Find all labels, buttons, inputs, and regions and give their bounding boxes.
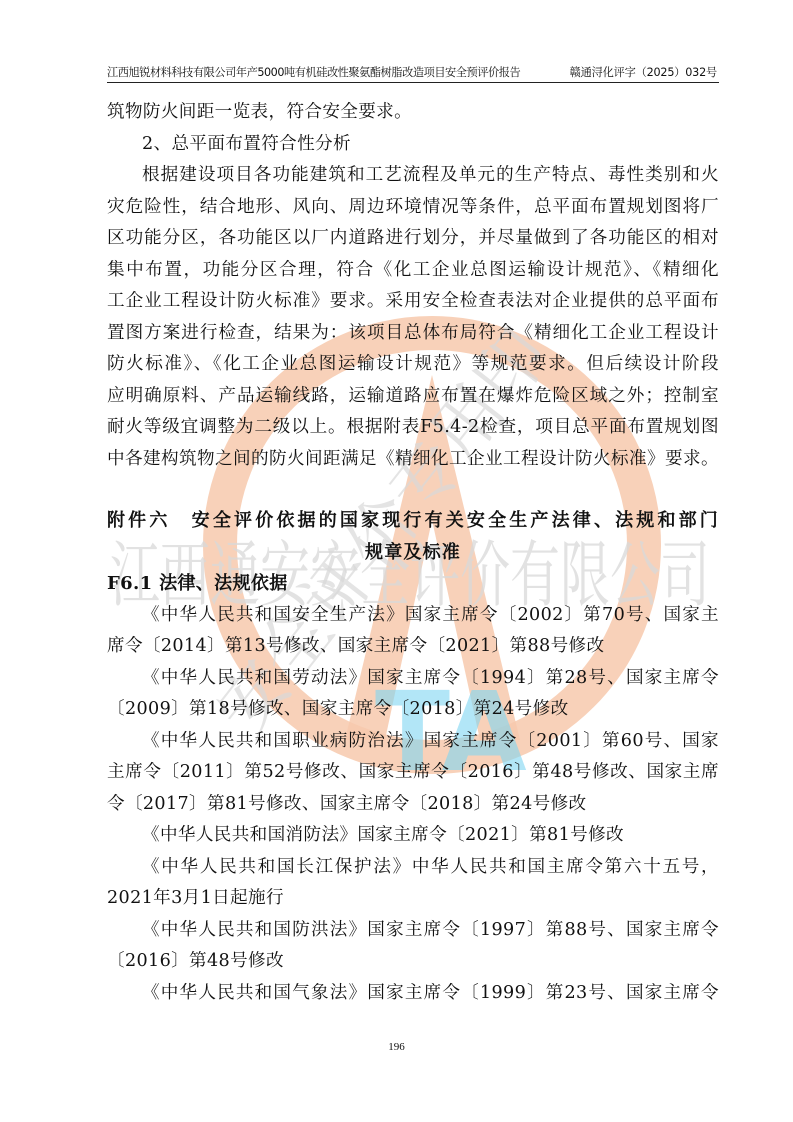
page-number: 196	[0, 1041, 793, 1053]
law-line: 令〔2017〕第81号修改、国家主席令〔2018〕第24号修改	[107, 789, 719, 821]
page-header: 江西旭锐材料科技有限公司年产5000吨有机硅改性聚氨酯树脂改造项目安全预评价报告…	[107, 64, 719, 83]
law-line: 《中华人民共和国消防法》国家主席令〔2021〕第81号修改	[107, 820, 719, 852]
section-heading: F6.1 法律、法规依据	[107, 568, 719, 600]
paragraph-line: 灾危险性，结合地形、风向、周边环境情况等条件，总平面布置规划图将厂	[107, 192, 719, 224]
law-list: 《中华人民共和国安全生产法》国家主席令〔2002〕第70号、国家主 席令〔201…	[107, 600, 719, 1010]
paragraph-line: 集中布置，功能分区合理，符合《化工企业总图运输设计规范》、《精细化	[107, 255, 719, 287]
subheading: 2、总平面布置符合性分析	[107, 129, 719, 161]
law-line: 主席令〔2011〕第52号修改、国家主席令〔2016〕第48号修改、国家主席	[107, 757, 719, 789]
law-line: 《中华人民共和国气象法》国家主席令〔1999〕第23号、国家主席令	[107, 978, 719, 1010]
law-item: 《中华人民共和国劳动法》国家主席令〔1994〕第28号、国家主席令 〔2009〕…	[107, 663, 719, 726]
law-line: 《中华人民共和国安全生产法》国家主席令〔2002〕第70号、国家主	[107, 600, 719, 632]
law-item: 《中华人民共和国气象法》国家主席令〔1999〕第23号、国家主席令	[107, 978, 719, 1010]
appendix-title-continued: 规章及标准	[107, 537, 719, 569]
law-item: 《中华人民共和国安全生产法》国家主席令〔2002〕第70号、国家主 席令〔201…	[107, 600, 719, 663]
paragraph-line: 工企业工程设计防火标准》要求。采用安全检查表法对企业提供的总平面布	[107, 286, 719, 318]
document-page: 江西通安安全评价有限公司 安全评价专用印 TA 江西旭锐材料科技有限公司年产50…	[0, 0, 793, 1122]
paragraph-line: 筑物防火间距一览表，符合安全要求。	[107, 97, 719, 129]
spacer	[107, 475, 719, 505]
law-line: 《中华人民共和国长江保护法》中华人民共和国主席令第六十五号，	[107, 852, 719, 884]
paragraph-line: 区功能分区，各功能区以厂内道路进行划分，并尽量做到了各功能区的相对	[107, 223, 719, 255]
paragraph-layout-analysis: 根据建设项目各功能建筑和工艺流程及单元的生产特点、毒性类别和火 灾危险性，结合地…	[107, 160, 719, 475]
page-content: 筑物防火间距一览表，符合安全要求。 2、总平面布置符合性分析 根据建设项目各功能…	[107, 97, 719, 1009]
report-title: 江西旭锐材料科技有限公司年产5000吨有机硅改性聚氨酯树脂改造项目安全预评价报告	[107, 64, 520, 82]
law-line: 〔2009〕第18号修改、国家主席令〔2018〕第24号修改	[107, 694, 719, 726]
paragraph-line: 防火标准》、《化工企业总图运输设计规范》等规范要求。但后续设计阶段	[107, 349, 719, 381]
paragraph-line: 耐火等级宜调整为二级以上。根据附表F5.4-2检查，项目总平面布置规划图	[107, 412, 719, 444]
paragraph-line: 应明确原料、产品运输线路，运输道路应布置在爆炸危险区域之外；控制室	[107, 381, 719, 413]
law-line: 《中华人民共和国劳动法》国家主席令〔1994〕第28号、国家主席令	[107, 663, 719, 695]
law-line: 2021年3月1日起施行	[107, 883, 719, 915]
law-item: 《中华人民共和国消防法》国家主席令〔2021〕第81号修改	[107, 820, 719, 852]
law-line: 席令〔2014〕第13号修改、国家主席令〔2021〕第88号修改	[107, 631, 719, 663]
law-line: 〔2016〕第48号修改	[107, 946, 719, 978]
paragraph-line: 根据建设项目各功能建筑和工艺流程及单元的生产特点、毒性类别和火	[107, 160, 719, 192]
appendix-title: 附件六 安全评价依据的国家现行有关安全生产法律、法规和部门	[107, 505, 719, 537]
document-number: 赣通浔化评字（2025）032号	[570, 64, 717, 82]
paragraph-line: 中各建构筑物之间的防火间距满足《精细化工企业工程设计防火标准》要求。	[107, 444, 719, 476]
law-line: 《中华人民共和国防洪法》国家主席令〔1997〕第88号、国家主席令	[107, 915, 719, 947]
paragraph-line: 置图方案进行检查，结果为：该项目总体布局符合《精细化工企业工程设计	[107, 318, 719, 350]
law-item: 《中华人民共和国职业病防治法》国家主席令〔2001〕第60号、国家 主席令〔20…	[107, 726, 719, 821]
law-item: 《中华人民共和国防洪法》国家主席令〔1997〕第88号、国家主席令 〔2016〕…	[107, 915, 719, 978]
law-item: 《中华人民共和国长江保护法》中华人民共和国主席令第六十五号， 2021年3月1日…	[107, 852, 719, 915]
law-line: 《中华人民共和国职业病防治法》国家主席令〔2001〕第60号、国家	[107, 726, 719, 758]
